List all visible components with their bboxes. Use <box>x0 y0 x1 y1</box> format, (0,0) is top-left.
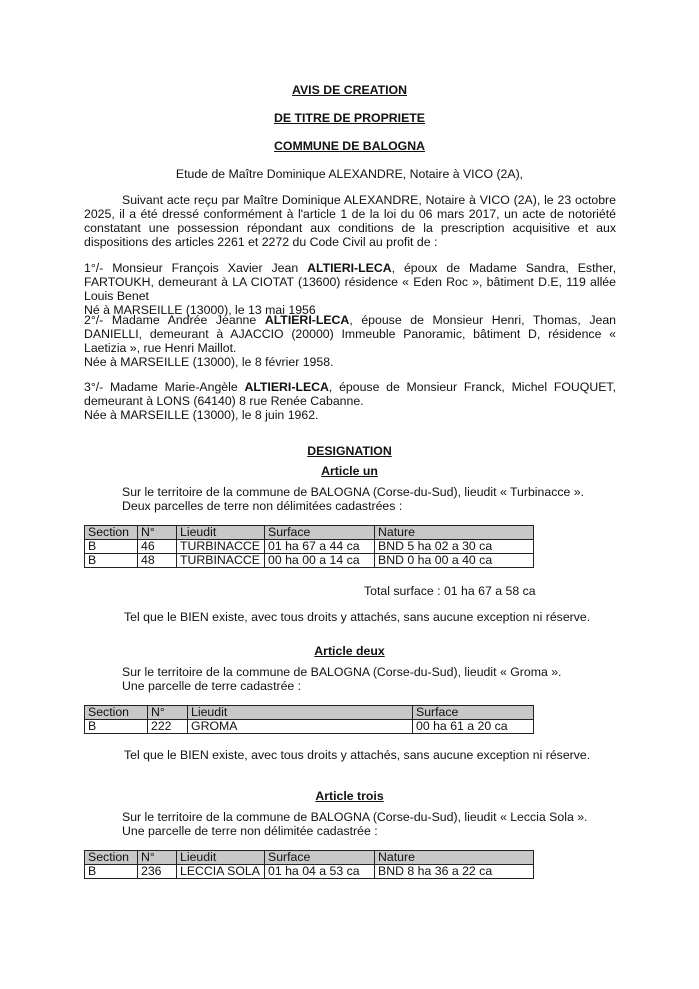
article-un-description: Sur le territoire de la commune de BALOG… <box>122 485 602 513</box>
article-trois-title: Article trois <box>0 789 699 803</box>
column-header: N° <box>138 526 177 540</box>
column-header: Section <box>85 851 138 865</box>
beneficiary-birth: Née à MARSEILLE (13000), le 8 juin 1962. <box>84 408 616 422</box>
cell-nature: BND 5 ha 02 a 30 ca <box>375 540 534 554</box>
cell-surface: 01 ha 04 a 53 ca <box>265 865 375 879</box>
cell-section: B <box>85 554 138 568</box>
article-deux-closing: Tel que le BIEN existe, avec tous droits… <box>124 748 590 762</box>
column-header: Lieudit <box>188 706 413 720</box>
beneficiary-surname: ALTIERI-LECA <box>244 380 328 394</box>
article-deux-description: Sur le territoire de la commune de BALOG… <box>122 665 602 693</box>
article-un-closing: Tel que le BIEN existe, avec tous droits… <box>124 610 590 624</box>
beneficiary-prefix: 3°/- Madame Marie-Angèle <box>84 380 244 394</box>
cell-surface: 00 ha 00 a 14 ca <box>265 554 375 568</box>
cell-numero: 46 <box>138 540 177 554</box>
beneficiary-birth: Née à MARSEILLE (13000), le 8 février 19… <box>84 355 616 369</box>
article-trois-description: Sur le territoire de la commune de BALOG… <box>122 810 602 838</box>
column-header: Lieudit <box>177 851 265 865</box>
cell-numero: 48 <box>138 554 177 568</box>
cell-numero: 222 <box>148 720 188 734</box>
column-header: Surface <box>413 706 534 720</box>
cell-nature: BND 8 ha 36 a 22 ca <box>375 865 534 879</box>
article-deux-line-2: Une parcelle de terre cadastrée : <box>122 679 602 693</box>
cell-nature: BND 0 ha 00 a 40 ca <box>375 554 534 568</box>
cell-section: B <box>85 540 138 554</box>
article-un-line-1: Sur le territoire de la commune de BALOG… <box>122 485 602 499</box>
beneficiary-prefix: 2°/- Madame Andrée Jeanne <box>84 313 265 327</box>
article-trois-line-2: Une parcelle de terre non délimitée cada… <box>122 824 602 838</box>
beneficiary-1: 1°/- Monsieur François Xavier Jean ALTIE… <box>84 261 616 317</box>
cell-lieudit: TURBINACCE <box>177 554 265 568</box>
beneficiary-2: 2°/- Madame Andrée Jeanne ALTIERI-LECA, … <box>84 313 616 369</box>
beneficiary-prefix: 1°/- Monsieur François Xavier Jean <box>84 261 307 275</box>
title-titre-de-propriete: DE TITRE DE PROPRIETE <box>0 111 699 125</box>
article-un-line-2: Deux parcelles de terre non délimitées c… <box>122 499 602 513</box>
table-row: B 236 LECCIA SOLA 01 ha 04 a 53 ca BND 8… <box>85 865 534 879</box>
column-header: N° <box>148 706 188 720</box>
cell-section: B <box>85 720 148 734</box>
table-header-row: Section N° Lieudit Surface Nature <box>85 526 534 540</box>
column-header: Section <box>85 706 148 720</box>
article-deux-title: Article deux <box>0 644 699 658</box>
table-row: B 48 TURBINACCE 00 ha 00 a 14 ca BND 0 h… <box>85 554 534 568</box>
cell-numero: 236 <box>138 865 177 879</box>
cell-lieudit: LECCIA SOLA <box>177 865 265 879</box>
table-row: B 222 GROMA 00 ha 61 a 20 ca <box>85 720 534 734</box>
article-un-title: Article un <box>0 464 699 478</box>
cell-surface: 01 ha 67 a 44 ca <box>265 540 375 554</box>
article-un-total-surface: Total surface : 01 ha 67 a 58 ca <box>364 584 536 598</box>
article-trois-table: Section N° Lieudit Surface Nature B 236 … <box>84 850 534 879</box>
cell-lieudit: GROMA <box>188 720 413 734</box>
cell-section: B <box>85 865 138 879</box>
table-header-row: Section N° Lieudit Surface <box>85 706 534 720</box>
title-avis-de-creation: AVIS DE CREATION <box>0 83 699 97</box>
cell-surface: 00 ha 61 a 20 ca <box>413 720 534 734</box>
beneficiary-surname: ALTIERI-LECA <box>307 261 391 275</box>
table-header-row: Section N° Lieudit Surface Nature <box>85 851 534 865</box>
title-commune: COMMUNE DE BALOGNA <box>0 139 699 153</box>
column-header: Section <box>85 526 138 540</box>
column-header: N° <box>138 851 177 865</box>
article-trois-line-1: Sur le territoire de la commune de BALOG… <box>122 810 602 824</box>
intro-paragraph: Suivant acte reçu par Maître Dominique A… <box>84 193 616 249</box>
intro-text: Suivant acte reçu par Maître Dominique A… <box>84 193 616 249</box>
designation-heading: DESIGNATION <box>0 444 699 458</box>
etude-line: Etude de Maître Dominique ALEXANDRE, Not… <box>0 167 699 181</box>
table-row: B 46 TURBINACCE 01 ha 67 a 44 ca BND 5 h… <box>85 540 534 554</box>
cell-lieudit: TURBINACCE <box>177 540 265 554</box>
column-header: Surface <box>265 851 375 865</box>
column-header: Lieudit <box>177 526 265 540</box>
article-deux-table: Section N° Lieudit Surface B 222 GROMA 0… <box>84 705 534 734</box>
article-un-table: Section N° Lieudit Surface Nature B 46 T… <box>84 525 534 568</box>
column-header: Nature <box>375 851 534 865</box>
beneficiary-3: 3°/- Madame Marie-Angèle ALTIERI-LECA, é… <box>84 380 616 422</box>
column-header: Nature <box>375 526 534 540</box>
beneficiary-surname: ALTIERI-LECA <box>265 313 349 327</box>
column-header: Surface <box>265 526 375 540</box>
article-deux-line-1: Sur le territoire de la commune de BALOG… <box>122 665 602 679</box>
